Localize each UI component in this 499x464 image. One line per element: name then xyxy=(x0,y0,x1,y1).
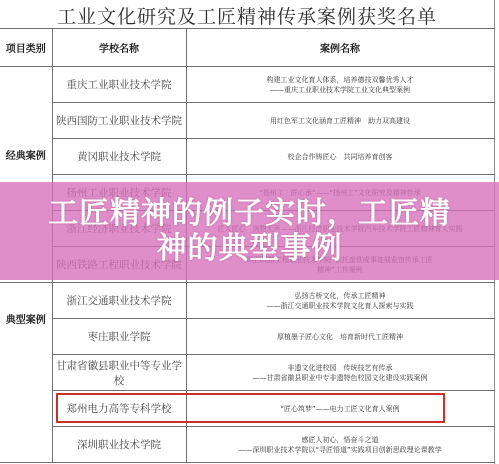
school-name: 黄冈职业技术学院 xyxy=(52,139,186,175)
highlight-box xyxy=(56,393,445,423)
header-case: 案例名称 xyxy=(186,29,494,67)
case-name: 构建工业文化育人体系，培养德技双馨优秀人才——重庆工业职业技术学院工业文化典型案… xyxy=(186,67,494,103)
header-school: 学校名称 xyxy=(52,29,186,67)
case-name: 校企合作铸匠心 共同培养育创客 xyxy=(186,139,494,175)
table-row: 陕西国防工业职业技术学院 用红色军工文化涵育工匠精神 助力双高建设 xyxy=(0,103,494,139)
case-name: 厚植墨子匠心文化 培育新时代工匠精神 xyxy=(186,319,494,355)
table-header-row: 项目类别 学校名称 案例名称 xyxy=(0,29,494,67)
school-name: 陕西国防工业职业技术学院 xyxy=(52,103,186,139)
school-name: 浙江交通职业技术学院 xyxy=(52,283,186,319)
category-typical: 典型案例 xyxy=(0,283,52,463)
category-label: 典型案例 xyxy=(6,315,46,326)
case-name: 用红色军工文化涵育工匠精神 助力双高建设 xyxy=(186,103,494,139)
table-row: 经典案例 重庆工业职业技术学院 构建工业文化育人体系，培养德技双馨优秀人才——重… xyxy=(0,67,494,103)
table-row: 典型案例 浙江交通职业技术学院 弘扬古桥文化，传承工匠精神——浙江交通职业技术学… xyxy=(0,283,494,319)
school-name: 甘肃省徽县职业中等专业学校 xyxy=(52,355,186,391)
case-name: 非遗文化进校园 传统技艺有传承——甘肃省徽县职业中专非遗特色校园文化建设实践案例 xyxy=(186,355,494,391)
school-name: 深圳职业技术学院 xyxy=(52,427,186,463)
table-row: 深圳职业技术学院 感匠人初心，悟奋斗之道——深圳职业技术学院以“寻匠悟道”实践项… xyxy=(0,427,494,463)
table-row: 甘肃省徽县职业中等专业学校 非遗文化进校园 传统技艺有传承——甘肃省徽县职业中专… xyxy=(0,355,494,391)
banner-title-line1: 工匠精神的例子实时，工匠精 xyxy=(0,196,499,231)
category-label: 经典案例 xyxy=(6,151,46,162)
school-name: 枣庄职业学院 xyxy=(52,319,186,355)
banner-title: 工匠精神的例子实时，工匠精 神的典型事例 xyxy=(0,196,499,266)
document-title: 工业文化研究及工匠精神传承案例获奖名单 xyxy=(0,2,494,29)
case-name: 感匠人初心，悟奋斗之道——深圳职业技术学院以“寻匠悟道”实践项目创新思政理论课教… xyxy=(186,427,494,463)
table-row: 枣庄职业学院 厚植墨子匠心文化 培育新时代工匠精神 xyxy=(0,319,494,355)
banner-title-line2: 神的典型事例 xyxy=(0,231,499,266)
school-name: 重庆工业职业技术学院 xyxy=(52,67,186,103)
header-category: 项目类别 xyxy=(0,29,52,67)
table-row: 黄冈职业技术学院 校企合作铸匠心 共同培养育创客 xyxy=(0,139,494,175)
case-name: 弘扬古桥文化，传承工匠精神——浙江交通职业技术学院文化育人探索与实践 xyxy=(186,283,494,319)
